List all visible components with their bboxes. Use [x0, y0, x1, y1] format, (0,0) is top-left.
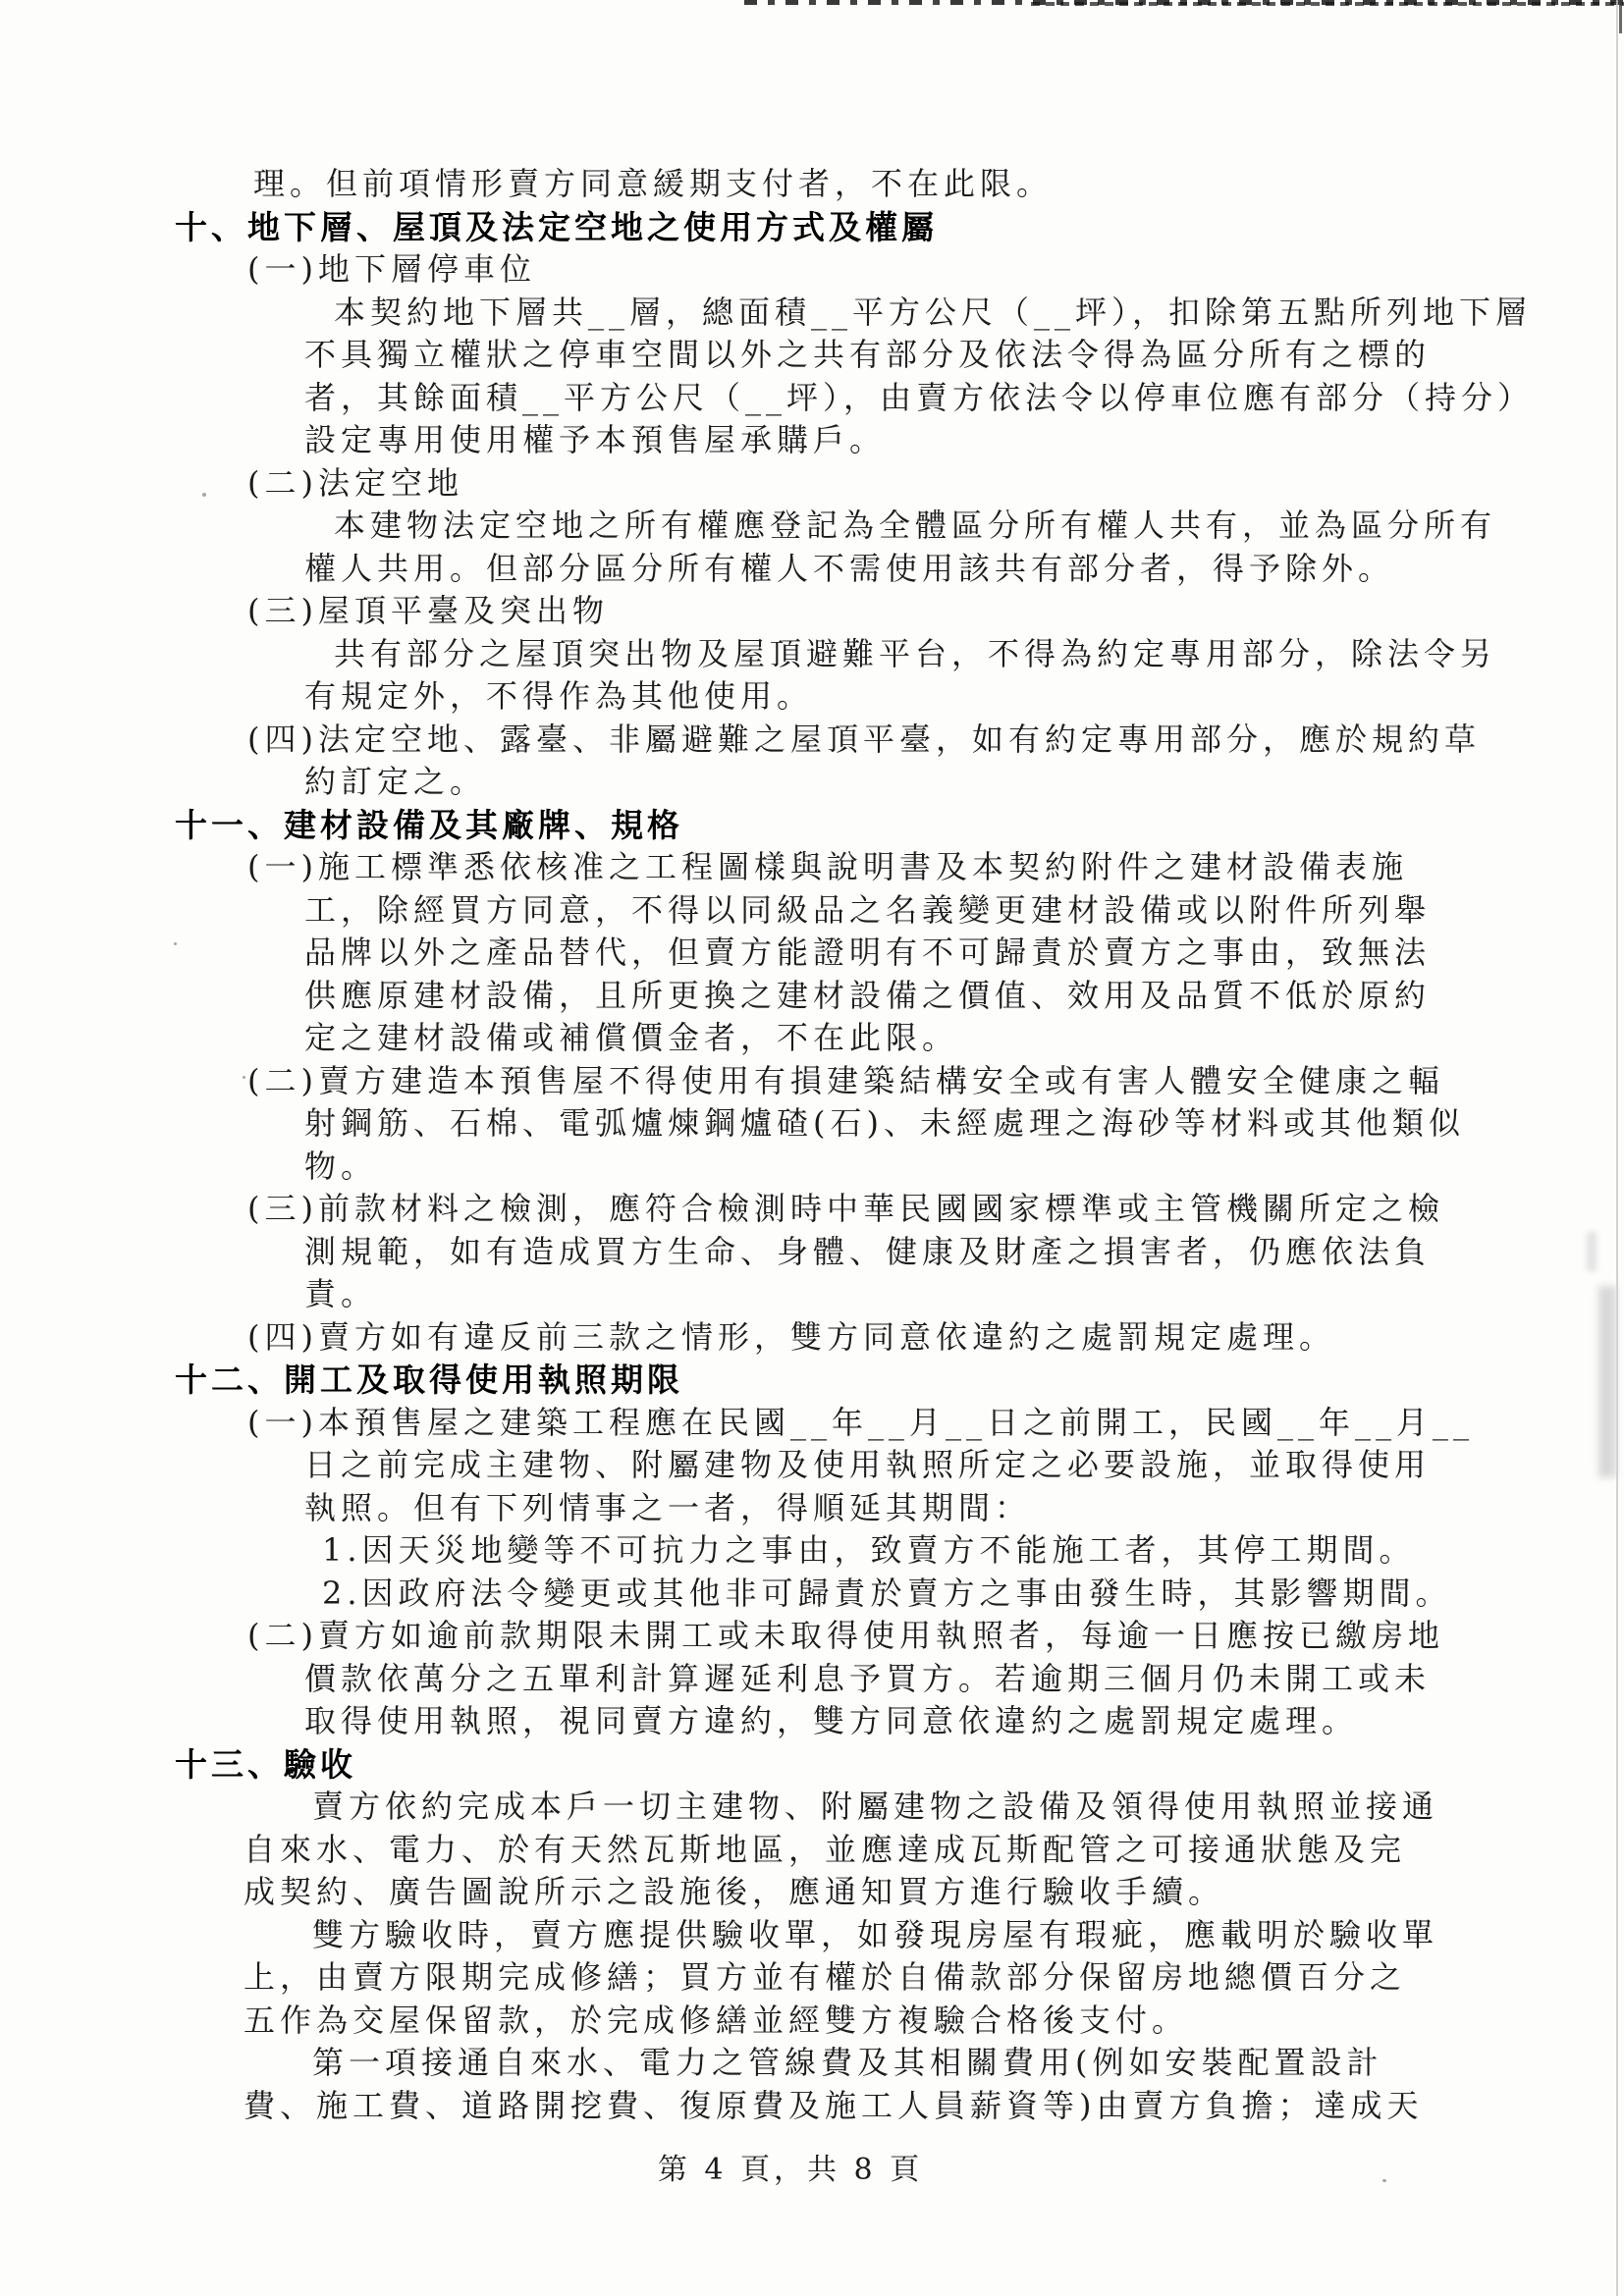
section-11-heading: 十一、建材設備及其廠牌、規格: [0, 804, 1624, 847]
text-line: 執照。但有下列情事之一者，得順延其期間：: [0, 1487, 1624, 1530]
text-line: 共有部分之屋頂突出物及屋頂避難平台，不得為約定專用部分，除法令另: [0, 633, 1624, 676]
text-line: 設定專用使用權予本預售屋承購戶。: [0, 419, 1624, 462]
text-line: 供應原建材設備，且所更換之建材設備之價值、效用及品質不低於原約: [0, 975, 1624, 1018]
text-line: 不具獨立權狀之停車空間以外之共有部分及依法令得為區分所有之標的: [0, 334, 1624, 377]
clause-line: (三)屋頂平臺及突出物: [0, 590, 1624, 633]
text-line: 取得使用執照，視同賣方違約，雙方同意依違約之處罰規定處理。: [0, 1700, 1624, 1743]
text-line: 品牌以外之產品替代，但賣方能證明有不可歸責於賣方之事由，致無法: [0, 932, 1624, 975]
text-line: 射鋼筋、石棉、電弧爐煉鋼爐碴(石)、未經處理之海砂等材料或其他類似: [0, 1102, 1624, 1146]
text-line: 工，除經買方同意，不得以同級品之名義變更建材設備或以附件所列舉: [0, 889, 1624, 933]
clause-line: (一)本預售屋之建築工程應在民國__年__月__日之前開工，民國__年__月__: [0, 1402, 1624, 1445]
numbered-subclause-line: 2.因政府法令變更或其他非可歸責於賣方之事由發生時，其影響期間。: [0, 1573, 1624, 1616]
text-line: 第一項接通自來水、電力之管線費及其相關費用(例如安裝配置設計: [0, 2042, 1624, 2085]
clause-line: (二)法定空地: [0, 462, 1624, 506]
paragraph-continuation-line: 理。但前項情形賣方同意緩期支付者，不在此限。: [0, 163, 1624, 206]
clause-line: (二)賣方建造本預售屋不得使用有損建築結構安全或有害人體安全健康之輻: [0, 1060, 1624, 1103]
text-line: 測規範，如有造成買方生命、身體、健康及財產之損害者，仍應依法負: [0, 1231, 1624, 1274]
text-line: 五作為交屋保留款，於完成修繕並經雙方複驗合格後支付。: [0, 2000, 1624, 2043]
text-line: 日之前完成主建物、附屬建物及使用執照所定之必要設施，並取得使用: [0, 1444, 1624, 1487]
text-line: 物。: [0, 1146, 1624, 1189]
page-number-indicator: 第 4 頁，共 8 頁: [658, 2153, 923, 2187]
section-13-heading: 十三、驗收: [0, 1743, 1624, 1787]
text-line: 者，其餘面積__平方公尺（__坪），由賣方依法令以停車位應有部分（持分）: [0, 377, 1624, 420]
clause-line: (二)賣方如逾前款期限未開工或未取得使用執照者，每逾一日應按已繳房地: [0, 1615, 1624, 1658]
scan-noise-top-edge-dense: [1031, 2, 1624, 6]
clause-line: (四)賣方如有違反前三款之情形，雙方同意依違約之處罰規定處理。: [0, 1316, 1624, 1360]
text-line: 本契約地下層共__層，總面積__平方公尺（__坪），扣除第五點所列地下層: [0, 292, 1624, 335]
text-line: 上，由賣方限期完成修繕；買方並有權於自備款部分保留房地總價百分之: [0, 1956, 1624, 2000]
text-line: 定之建材設備或補償價金者，不在此限。: [0, 1017, 1624, 1060]
clause-line: (一)地下層停車位: [0, 248, 1624, 292]
clause-line: (一)施工標準悉依核准之工程圖樣與說明書及本契約附件之建材設備表施: [0, 846, 1624, 889]
numbered-subclause-line: 1.因天災地變等不可抗力之事由，致賣方不能施工者，其停工期間。: [0, 1529, 1624, 1573]
text-line: 本建物法定空地之所有權應登記為全體區分所有權人共有，並為區分所有: [0, 505, 1624, 548]
clause-line: (四)法定空地、露臺、非屬避難之屋頂平臺，如有約定專用部分，應於規約草: [0, 719, 1624, 762]
scan-noise-right-corner: [1619, 0, 1622, 33]
text-line: 價款依萬分之五單利計算遲延利息予買方。若逾期三個月仍未開工或未: [0, 1658, 1624, 1701]
text-line: 賣方依約完成本戶一切主建物、附屬建物之設備及領得使用執照並接通: [0, 1786, 1624, 1829]
page-footer: 第 4 頁，共 8 頁: [0, 2145, 1602, 2188]
section-10-heading: 十、地下層、屋頂及法定空地之使用方式及權屬: [0, 206, 1624, 249]
text-line: 有規定外，不得作為其他使用。: [0, 675, 1624, 719]
text-line: 成契約、廣告圖說所示之設施後，應通知買方進行驗收手續。: [0, 1871, 1624, 1914]
text-line: 自來水、電力、於有天然瓦斯地區，並應達成瓦斯配管之可接通狀態及完: [0, 1829, 1624, 1872]
clause-line: (三)前款材料之檢測，應符合檢測時中華民國國家標準或主管機關所定之檢: [0, 1188, 1624, 1231]
text-line: 權人共用。但部分區分所有權人不需使用該共有部分者，得予除外。: [0, 548, 1624, 591]
contract-text-body: 理。但前項情形賣方同意緩期支付者，不在此限。 十、地下層、屋頂及法定空地之使用方…: [0, 163, 1624, 2127]
text-line: 雙方驗收時，賣方應提供驗收單，如發現房屋有瑕疵，應載明於驗收單: [0, 1914, 1624, 1957]
text-line: 責。: [0, 1273, 1624, 1316]
section-12-heading: 十二、開工及取得使用執照期限: [0, 1359, 1624, 1402]
scanned-contract-page: 理。但前項情形賣方同意緩期支付者，不在此限。 十、地下層、屋頂及法定空地之使用方…: [0, 0, 1624, 2296]
text-line: 約訂定之。: [0, 761, 1624, 804]
scan-noise-top-edge: [744, 0, 1624, 5]
text-line: 費、施工費、道路開挖費、復原費及施工人員薪資等)由賣方負擔；達成天: [0, 2085, 1624, 2128]
